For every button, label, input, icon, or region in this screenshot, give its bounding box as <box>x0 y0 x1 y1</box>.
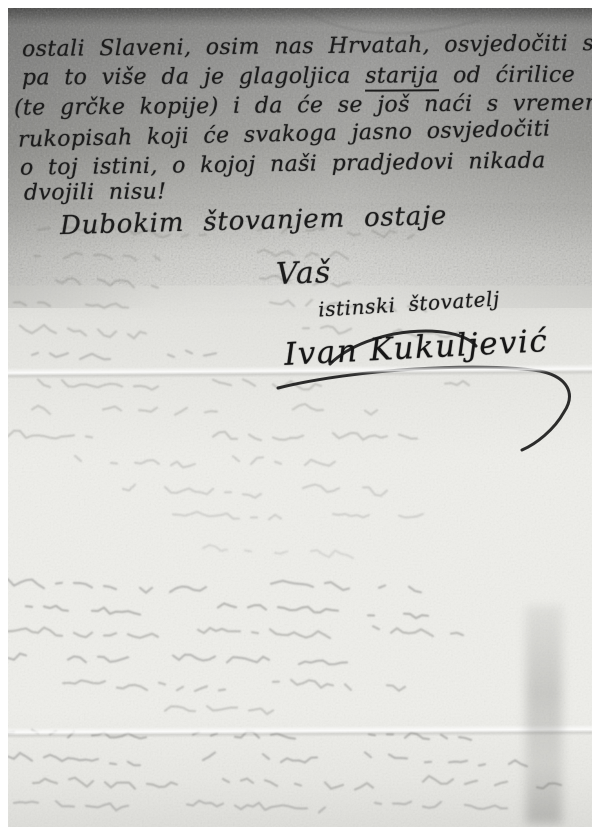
scanned-letter-page: ostali Slaveni, osim nas Hrvatah, osvjed… <box>0 0 600 835</box>
bleedthrough-stroke <box>8 431 92 439</box>
bleedthrough-stroke <box>123 485 261 498</box>
bleedthrough-stroke <box>173 655 347 665</box>
bleedthrough-stroke <box>373 626 463 636</box>
bleedthrough-stroke <box>103 407 229 415</box>
handwritten-line-6: dvojili nisu! <box>24 179 167 205</box>
bleedthrough-stroke <box>375 802 519 809</box>
bleedthrough-stroke <box>14 801 128 810</box>
bleedthrough-stroke <box>203 545 353 558</box>
line-text: pa to više da je glagoljica <box>22 64 365 91</box>
handwritten-line-2: pa to više da je glagoljica starija od ć… <box>22 63 575 91</box>
bleedthrough-stroke <box>168 351 216 357</box>
bleedthrough-stroke <box>34 253 160 261</box>
bleedthrough-stroke <box>8 753 152 765</box>
bleedthrough-stroke <box>165 706 285 714</box>
line-text: dvojili nisu! <box>24 179 167 205</box>
line-text: od ćirilice <box>439 63 576 89</box>
signature-block: Ivan Kukuljević <box>264 314 592 454</box>
line-text: (te grčke kopije) i da će se još naći s … <box>14 90 592 120</box>
bleedthrough-stroke <box>32 406 62 414</box>
bleedthrough-stroke <box>33 778 177 789</box>
bleedthrough-stroke <box>218 604 428 619</box>
bleedthrough-stroke <box>198 628 330 638</box>
bleedthrough-stroke <box>8 628 158 638</box>
closing-yours-line: Vaš <box>275 255 331 292</box>
bleedthrough-stroke <box>303 485 387 496</box>
bleedthrough-stroke <box>20 325 146 338</box>
bleedthrough-stroke <box>333 514 423 518</box>
bleedthrough-stroke <box>8 654 128 663</box>
faint-top-pen-arc <box>298 8 480 33</box>
bleedthrough-stroke <box>56 279 158 288</box>
bleedthrough-stroke <box>8 579 218 593</box>
bleedthrough-stroke <box>271 581 433 593</box>
bleedthrough-stroke <box>32 353 110 359</box>
bleedthrough-stroke <box>203 753 317 763</box>
right-edge-smudge <box>526 606 562 824</box>
bleedthrough-stroke <box>38 380 158 390</box>
bleedthrough-stroke <box>365 752 527 766</box>
bleedthrough-stroke <box>187 801 325 813</box>
bleedthrough-stroke <box>173 512 293 520</box>
bleedthrough-stroke <box>273 680 405 691</box>
underlined-word: starija <box>365 63 439 91</box>
bleedthrough-stroke <box>233 456 347 468</box>
handwritten-line-3: (te grčke kopije) i da će se još naći s … <box>14 90 592 120</box>
bleedthrough-stroke <box>26 606 176 615</box>
bleedthrough-stroke <box>75 456 195 468</box>
bleedthrough-stroke <box>14 302 128 308</box>
bleedthrough-stroke <box>223 779 385 790</box>
scan-area: ostali Slaveni, osim nas Hrvatah, osvjed… <box>8 8 592 827</box>
bleedthrough-stroke <box>63 680 237 691</box>
signature-underline-sweep <box>278 367 569 450</box>
